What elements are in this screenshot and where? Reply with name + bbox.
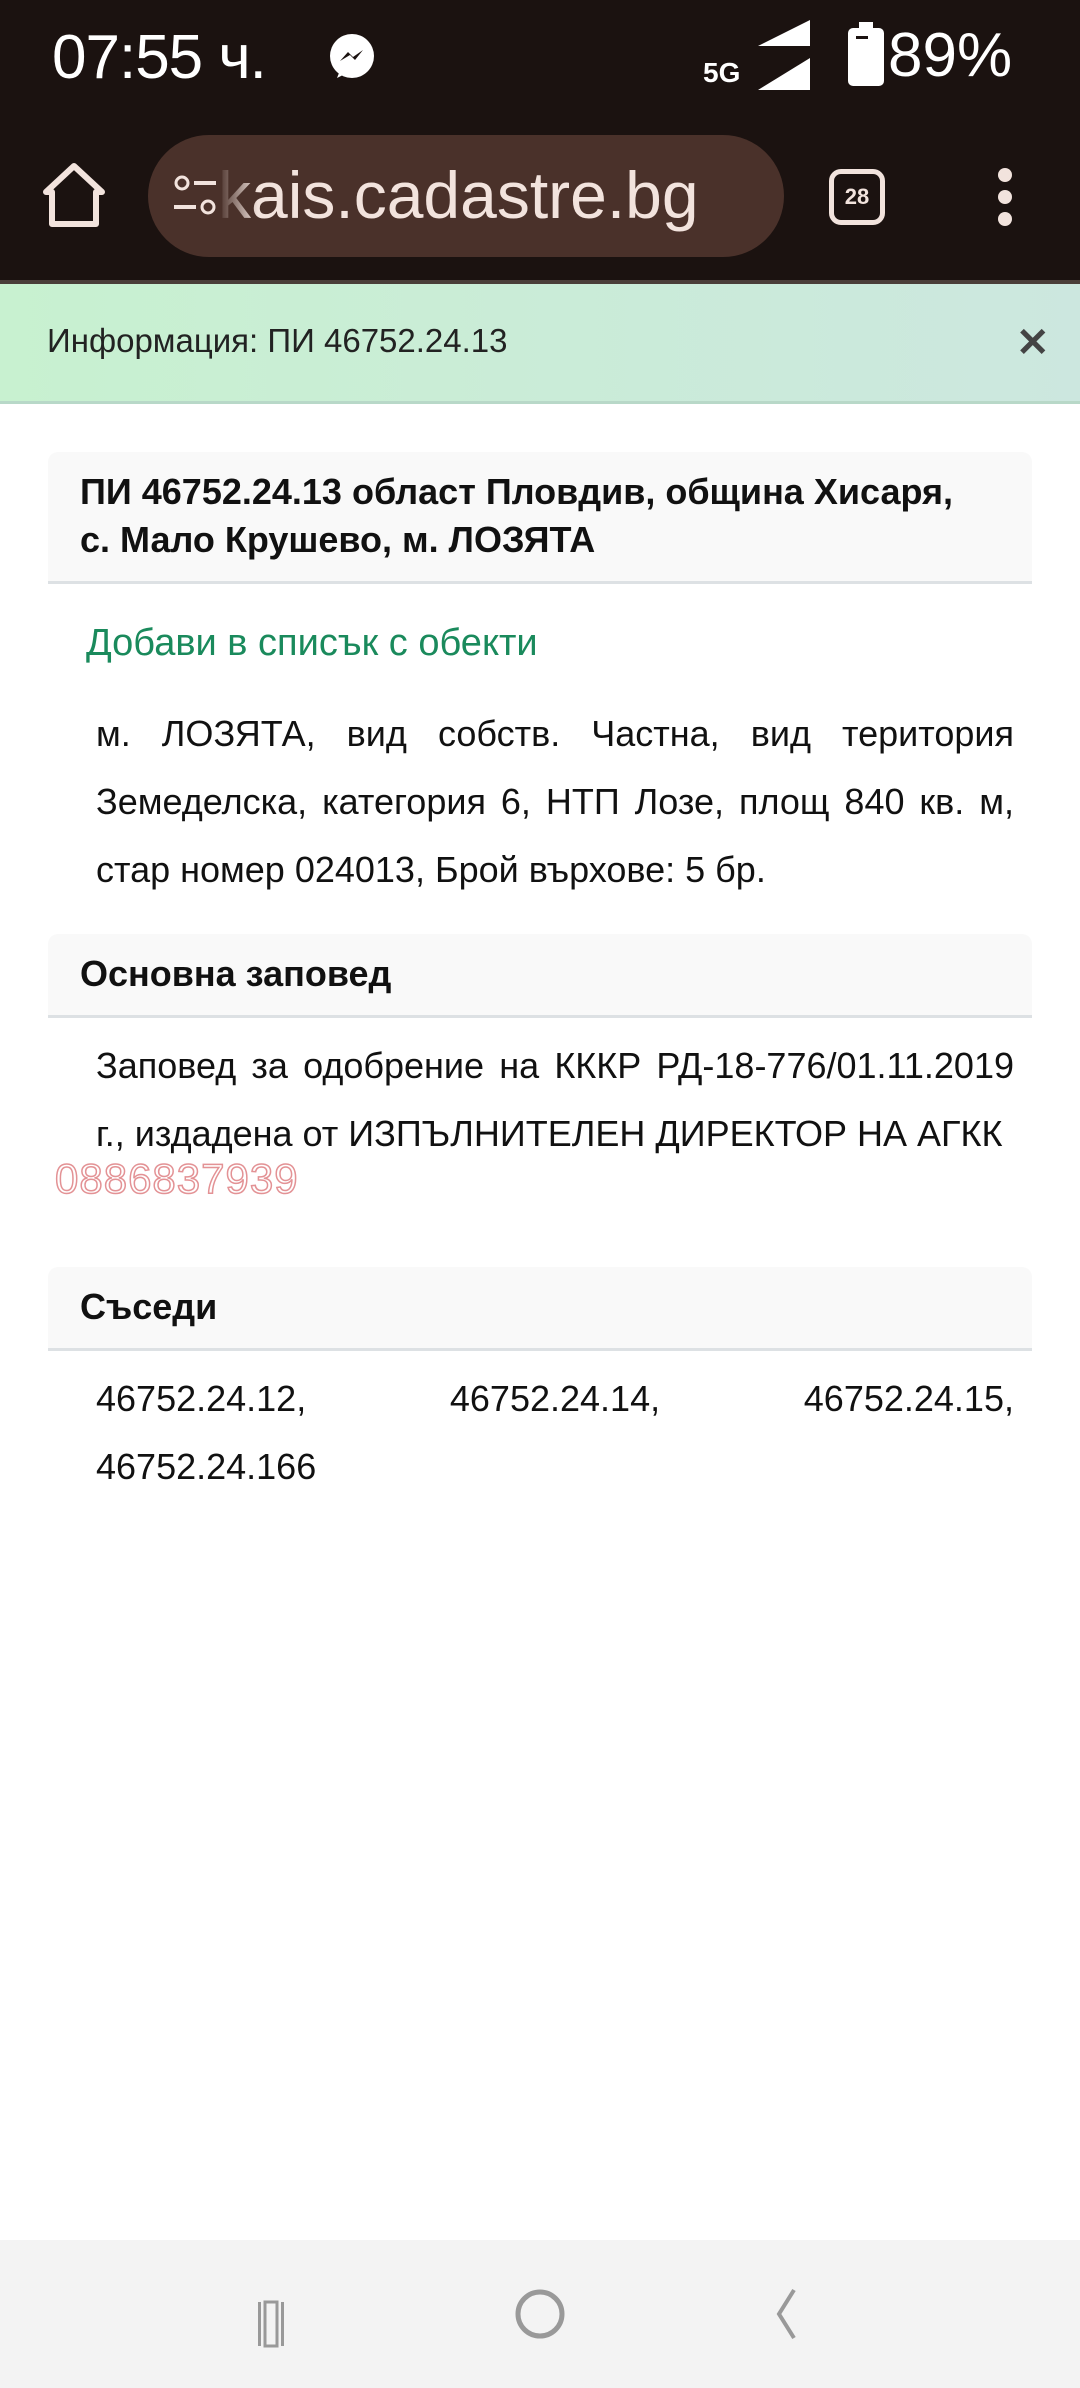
neighbor-item: 46752.24.166 xyxy=(96,1446,316,1487)
system-nav-bar xyxy=(0,2240,1080,2388)
back-icon[interactable] xyxy=(776,2288,796,2340)
home-circle-icon[interactable] xyxy=(514,2288,566,2340)
main-order-heading-box: Основна заповед xyxy=(48,934,1032,1018)
info-title: Информация: ПИ 46752.24.13 xyxy=(47,322,508,360)
battery-percent: 89% xyxy=(888,20,1012,91)
more-vert-icon[interactable] xyxy=(990,168,1020,228)
neighbors-heading-box: Съседи xyxy=(48,1267,1032,1351)
main-order-text: Заповед за одобрение на КККР РД-18-776/0… xyxy=(96,1032,1014,1168)
site-settings-icon[interactable] xyxy=(172,175,218,217)
neighbors-heading: Съседи xyxy=(80,1283,217,1331)
network-type: 5G xyxy=(703,57,740,89)
close-icon[interactable]: ✕ xyxy=(1016,320,1050,366)
signal-icon xyxy=(752,20,810,90)
neighbors-list: 46752.24.12, 46752.24.14, 46752.24.15, 4… xyxy=(96,1365,1014,1501)
url-fade xyxy=(218,135,258,257)
info-panel-header: Информация: ПИ 46752.24.13 ✕ xyxy=(0,284,1080,404)
add-to-list-link[interactable]: Добави в списък с обекти xyxy=(86,622,538,665)
url-text[interactable]: kais.cadastre.bg xyxy=(218,157,699,233)
battery-icon xyxy=(848,22,884,86)
neighbor-item: 46752.24.14, xyxy=(450,1365,660,1433)
main-order-heading: Основна заповед xyxy=(80,950,391,998)
tab-switcher-button[interactable]: 28 xyxy=(829,169,885,225)
status-bar: 07:55 ч. 5G 89% xyxy=(0,0,1080,120)
url-bar[interactable]: kais.cadastre.bg xyxy=(148,135,784,257)
recents-icon[interactable] xyxy=(258,2300,284,2348)
property-heading-box: ПИ 46752.24.13 област Пловдив, община Хи… xyxy=(48,452,1032,584)
clock: 07:55 ч. xyxy=(52,22,266,93)
phone-watermark: 0886837939 xyxy=(55,1155,299,1203)
neighbor-item: 46752.24.15, xyxy=(804,1365,1014,1433)
neighbor-item: 46752.24.12, xyxy=(96,1365,306,1433)
messenger-icon xyxy=(327,32,377,82)
property-description: м. ЛОЗЯТА, вид собств. Частна, вид терит… xyxy=(96,700,1014,904)
home-icon[interactable] xyxy=(40,162,108,230)
property-heading: ПИ 46752.24.13 област Пловдив, община Хи… xyxy=(80,468,960,564)
